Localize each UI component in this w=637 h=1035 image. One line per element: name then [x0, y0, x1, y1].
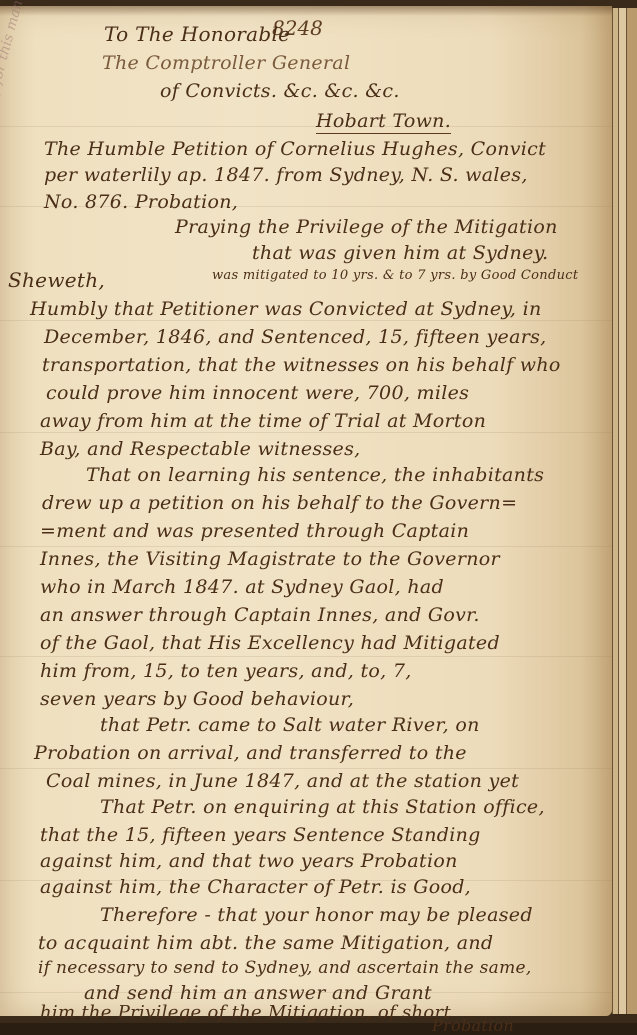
- body-line: could prove him innocent were, 700, mile…: [46, 382, 469, 404]
- body-line: Innes, the Visiting Magistrate to the Go…: [40, 548, 500, 570]
- address-line-2: The Comptroller General: [102, 52, 350, 74]
- body-line: him the Privilege of the Mitigation, of …: [40, 1002, 451, 1023]
- body-line: of the Gaol, that His Excellency had Mit…: [40, 632, 500, 654]
- body-line: that Petr. came to Salt water River, on: [100, 714, 480, 736]
- preamble-line-4: Praying the Privilege of the Mitigation: [175, 216, 558, 238]
- preamble-line-3: No. 876. Probation,: [44, 191, 238, 213]
- body-line: who in March 1847. at Sydney Gaol, had: [40, 576, 444, 598]
- body-line: away from him at the time of Trial at Mo…: [40, 410, 486, 432]
- address-line-4: Hobart Town.: [316, 110, 451, 134]
- address-line-3: of Convicts. &c. &c. &c.: [160, 80, 400, 102]
- interlinear-note: was mitigated to 10 yrs. & to 7 yrs. by …: [212, 268, 578, 283]
- body-line: That on learning his sentence, the inhab…: [86, 464, 544, 486]
- body-line: to acquaint him abt. the same Mitigation…: [38, 932, 493, 954]
- body-line: Therefore - that your honor may be pleas…: [100, 904, 533, 926]
- page-shadow: [0, 6, 612, 16]
- ruled-line: [0, 768, 612, 769]
- closing-word: Probation: [432, 1016, 514, 1023]
- body-line: and send him an answer and Grant: [84, 982, 432, 1004]
- salutation: Sheweth,: [8, 268, 105, 292]
- body-line: an answer through Captain Innes, and Gov…: [40, 604, 480, 626]
- book-binding: Nothing in Sydney for this man — Probati…: [0, 0, 637, 1023]
- ruled-line: [0, 546, 612, 547]
- ruled-line: [0, 320, 612, 321]
- body-line: drew up a petition on his behalf to the …: [42, 492, 517, 514]
- body-line: Humbly that Petitioner was Convicted at …: [30, 298, 541, 320]
- manuscript-page: Nothing in Sydney for this man — Probati…: [0, 6, 612, 1016]
- body-line: against him, the Character of Petr. is G…: [40, 876, 471, 898]
- body-line: Probation on arrival, and transferred to…: [34, 742, 467, 764]
- body-line: that the 15, fifteen years Sentence Stan…: [40, 824, 481, 846]
- body-line: against him, and that two years Probatio…: [40, 850, 458, 872]
- ruled-line: [0, 656, 612, 657]
- body-line: Bay, and Respectable witnesses,: [40, 438, 360, 460]
- preamble-line-5: that was given him at Sydney.: [252, 242, 548, 264]
- body-line: him from, 15, to ten years, and, to, 7,: [40, 660, 412, 682]
- body-line: transportation, that the witnesses on hi…: [42, 354, 561, 376]
- body-line: That Petr. on enquiring at this Station …: [100, 796, 545, 818]
- body-line: =ment and was presented through Captain: [40, 520, 469, 542]
- preamble-line-1: The Humble Petition of Cornelius Hughes,…: [44, 138, 546, 160]
- body-line: if necessary to send to Sydney, and asce…: [38, 958, 532, 978]
- preamble-line-2: per waterlily ap. 1847. from Sydney, N. …: [44, 164, 528, 186]
- book-spine-edge: [626, 8, 637, 1014]
- ruled-line: [0, 432, 612, 433]
- body-line: seven years by Good behaviour,: [40, 688, 354, 710]
- address-line-1: To The Honorable: [104, 22, 290, 46]
- body-line: December, 1846, and Sentenced, 15, fifte…: [44, 326, 546, 348]
- body-line: Coal mines, in June 1847, and at the sta…: [46, 770, 519, 792]
